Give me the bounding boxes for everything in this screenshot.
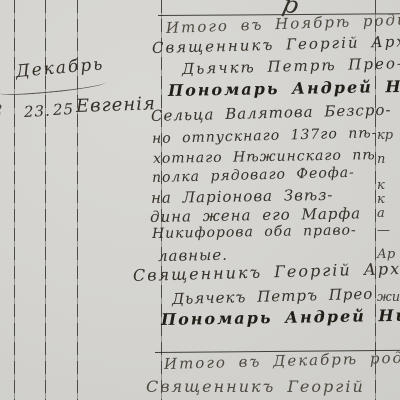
register-line-total-december: Итого въ Декабрѣ роди [164,350,400,372]
register-line-priest-2: Священникъ Георгій Арх [133,261,400,284]
margin-fragment: к [377,193,385,206]
name-entry: Евгенія [76,95,156,116]
month-label: Декабрь [15,56,105,81]
column-rule-1 [14,0,15,400]
register-line-entry-7: Никифорова оба право- [152,223,357,241]
register-line-entry-4: полка рядоваго Феофа- [152,166,355,185]
margin-fragment: Ар [377,248,395,261]
edge-digit-fragment: 2 [0,103,4,118]
register-line-priest: Священникъ Георгій Арх [152,34,400,56]
register-line-entry-8: лавные. [158,248,228,264]
margin-fragment: п [377,153,385,166]
register-scan-page: р 2 Декабрь 23. 25 Евгенія Итого въ Нояб… [0,0,400,400]
day-born-value: 23. [24,104,52,120]
register-line-sexton: Дьячкѣ Петрѣ Прео— [182,56,400,77]
register-line-entry-5: на Ларіонова Звѣз- [151,188,334,206]
register-line-entry-1: Сельца Валятова Безсро- [151,103,392,124]
margin-fragment: — [377,224,390,237]
register-line-entry-3: хотнаго Нѣжинскаго пѣ [153,148,376,166]
margin-fragment: а [377,207,385,220]
register-line-ponomar: Пономарь Андрей Ники [168,78,400,99]
margin-fragment: кр [377,129,393,142]
register-line-sexton-2: Дьячекъ Петръ Прео [172,287,374,307]
margin-fragment: к [377,179,385,192]
register-line-priest-3: Священникъ Георгій [146,379,365,395]
margin-fragment: жите [377,291,400,304]
register-line-entry-2: но отпускнаго 137го пѣ- [152,126,378,146]
day-baptized-value: 25 [53,102,75,118]
register-line-ponomar-2: Пономарь Андрей Никит [161,307,400,328]
